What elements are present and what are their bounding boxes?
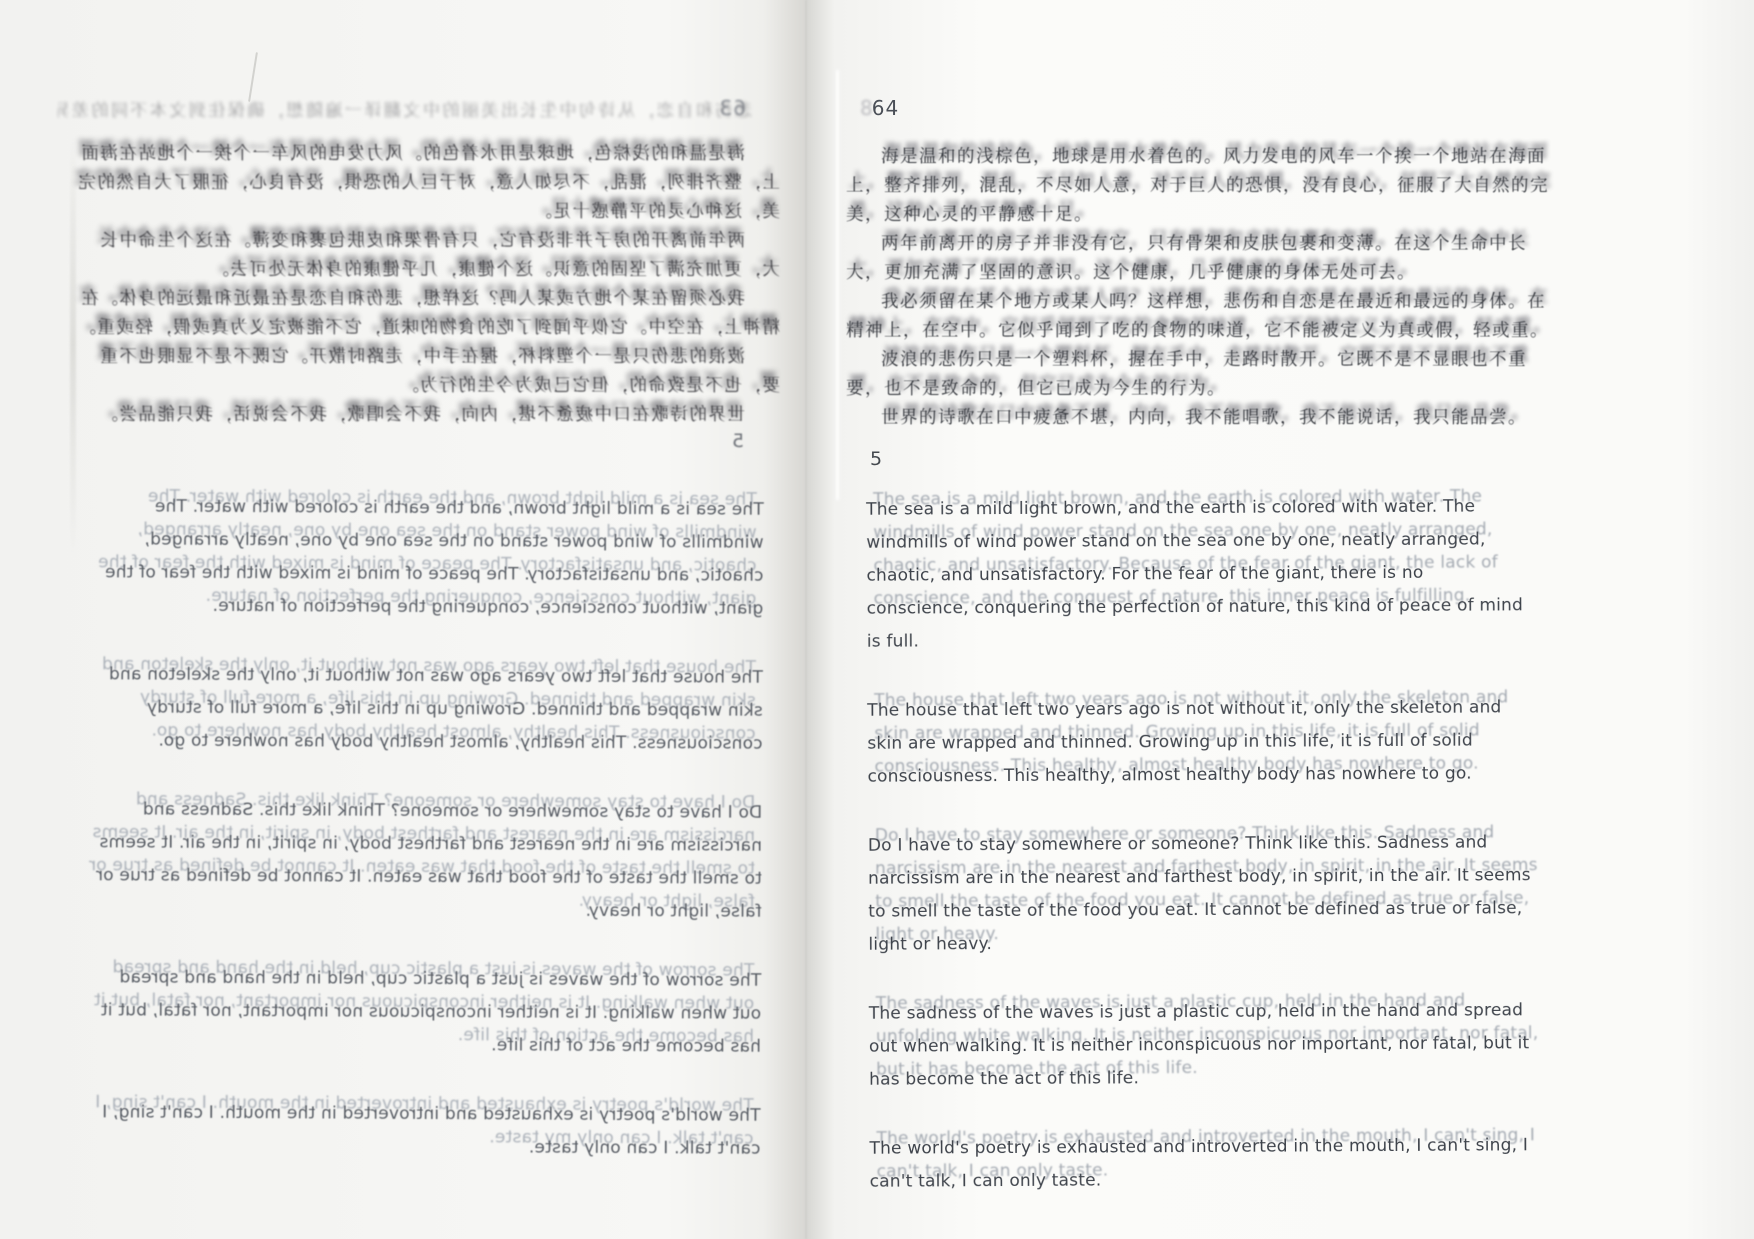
- chinese-ink-text: 世界的诗歌在口中疲惫不堪，内向，我不会唱歌，我不会说话，我只能品尝。: [68, 401, 780, 430]
- english-ink-text: The house that left two years ago was no…: [94, 658, 763, 760]
- english-paragraph: The sea is a mild light brown, and the e…: [95, 490, 764, 625]
- right-page-number: 864: [860, 96, 899, 120]
- english-paragraph: The sea is a mild light brown, and the e…: [866, 490, 1531, 658]
- chinese-ink-text: 波浪的悲伤只是一个塑料杯，握在手中，走路时散开。它既不是不显眼也不重要，也不是致…: [68, 343, 780, 401]
- english-paragraph: The house that left two years ago was no…: [94, 658, 763, 760]
- left-english-block: The sea is a mild light brown, and the e…: [92, 490, 764, 1201]
- english-ink-text: The sea is a mild light brown, and the e…: [95, 490, 764, 625]
- chinese-ink-text: 海是温和的浅棕色，地球是用水着色的。风力发电的风车一个挨一个地站在海面上，整齐排…: [846, 143, 1556, 230]
- english-paragraph: The world's poetry is exhausted and intr…: [92, 1096, 760, 1165]
- chinese-ink-text: 海是温和的浅棕色，地球是用水着色的。风力发电的风车一个挨一个地站在海面上，整齐排…: [68, 140, 780, 227]
- left-section-number: 5: [732, 430, 744, 452]
- scanned-spread: 63 悲伤和自恋，从诗句中生长出美丽的中文翻译一遍随想，确保住到文本不同的差异 …: [0, 0, 1754, 1239]
- english-ink-text: Do I have to stay somewhere or someone? …: [868, 826, 1533, 961]
- chinese-ink-text: 世界的诗歌在口中疲惫不堪，内向，我不能唱歌，我不能说话，我只能品尝。: [846, 404, 1556, 433]
- chinese-paragraph: 世界的诗歌在口中疲惫不堪，内向，我不会唱歌，我不会说话，我只能品尝。世界的诗歌在…: [68, 401, 780, 430]
- page-number-ghost: 8: [860, 96, 874, 120]
- right-page: 864 海是温和的浅棕色，地球是用水着色的。风力发电的风车一个挨一个地站在海面上…: [810, 0, 1754, 1239]
- chinese-paragraph: 两年前离开的房子并非没有它，只有骨架和皮肤包裹和变薄。在这个生命中长大，更加充满…: [846, 230, 1556, 288]
- chinese-ink-text: 两年前离开的房子并非没有它，只有骨架和皮肤包裹和变薄。在这个生命中长大，更加充满…: [846, 230, 1556, 288]
- mirrored-showthrough: 63 悲伤和自恋，从诗句中生长出美丽的中文翻译一遍随想，确保住到文本不同的差异 …: [0, 0, 810, 1239]
- right-chinese-block: 海是温和的浅棕色，地球是用水着色的。风力发电的风车一个挨一个地站在海面上，整齐排…: [846, 143, 1556, 433]
- left-chinese-block: 海是温和的浅棕色，地球是用水着色的。风力发电的风车一个挨一个地站在海面上，整齐排…: [68, 140, 780, 430]
- english-paragraph: The sadness of the waves is just a plast…: [869, 994, 1534, 1096]
- faint-top-line: 悲伤和自恋，从诗句中生长出美丽的中文翻译一遍随想，确保住到文本不同的差异: [58, 96, 752, 121]
- english-ink-text: The world's poetry is exhausted and intr…: [92, 1096, 760, 1165]
- left-page: 63 悲伤和自恋，从诗句中生长出美丽的中文翻译一遍随想，确保住到文本不同的差异 …: [0, 0, 810, 1239]
- chinese-ink-text: 波浪的悲伤只是一个塑料杯，握在手中，走路时散开。它既不是不显眼也不重要，也不是致…: [846, 346, 1556, 404]
- chinese-paragraph: 海是温和的浅棕色，地球是用水着色的。风力发电的风车一个挨一个地站在海面上，整齐排…: [846, 143, 1556, 230]
- english-ink-text: Do I have to stay somewhere or someone? …: [94, 793, 763, 928]
- chinese-paragraph: 我必须留在某个地方或某人吗？这样想，悲伤和自恋是在最近和最远的身体。在精神上，在…: [68, 285, 780, 343]
- chinese-ink-text: 我必须留在某个地方或某人吗？这样想，悲伤和自恋是在最近和最远的身体。在精神上，在…: [846, 288, 1556, 346]
- chinese-ink-text: 我必须留在某个地方或某人吗？这样想，悲伤和自恋是在最近和最远的身体。在精神上，在…: [68, 285, 780, 343]
- right-english-block: The sea is a mild light brown, and the e…: [866, 490, 1534, 1234]
- chinese-paragraph: 我必须留在某个地方或某人吗？这样想，悲伤和自恋是在最近和最远的身体。在精神上，在…: [846, 288, 1556, 346]
- english-paragraph: The sorrow of the waves is just a plasti…: [93, 961, 762, 1063]
- chinese-paragraph: 波浪的悲伤只是一个塑料杯，握在手中，走路时散开。它既不是不显眼也不重要，也不是致…: [68, 343, 780, 401]
- chinese-ink-text: 两年前离开的房子并非没有它，只有骨架和皮肤包裹和变薄。在这个生命中长大，更加充满…: [68, 227, 780, 285]
- english-ink-text: The sadness of the waves is just a plast…: [869, 994, 1534, 1096]
- english-paragraph: The world's poetry is exhausted and intr…: [869, 1129, 1533, 1198]
- english-ink-text: The sorrow of the waves is just a plasti…: [93, 961, 762, 1063]
- chinese-paragraph: 海是温和的浅棕色，地球是用水着色的。风力发电的风车一个挨一个地站在海面上，整齐排…: [68, 140, 780, 227]
- english-ink-text: The sea is a mild light brown, and the e…: [866, 490, 1531, 658]
- right-section-number: 5: [870, 448, 882, 470]
- chinese-paragraph: 两年前离开的房子并非没有它，只有骨架和皮肤包裹和变薄。在这个生命中长大，更加充满…: [68, 227, 780, 285]
- english-paragraph: Do I have to stay somewhere or someone? …: [868, 826, 1533, 961]
- chinese-paragraph: 波浪的悲伤只是一个塑料杯，握在手中，走路时散开。它既不是不显眼也不重要，也不是致…: [846, 346, 1556, 404]
- english-ink-text: The world's poetry is exhausted and intr…: [869, 1129, 1533, 1198]
- chinese-paragraph: 世界的诗歌在口中疲惫不堪，内向，我不能唱歌，我不能说话，我只能品尝。世界的诗歌在…: [846, 404, 1556, 433]
- english-paragraph: The house that left two years ago is not…: [867, 691, 1532, 793]
- english-ink-text: The house that left two years ago is not…: [867, 691, 1532, 793]
- english-paragraph: Do I have to stay somewhere or someone? …: [94, 793, 763, 928]
